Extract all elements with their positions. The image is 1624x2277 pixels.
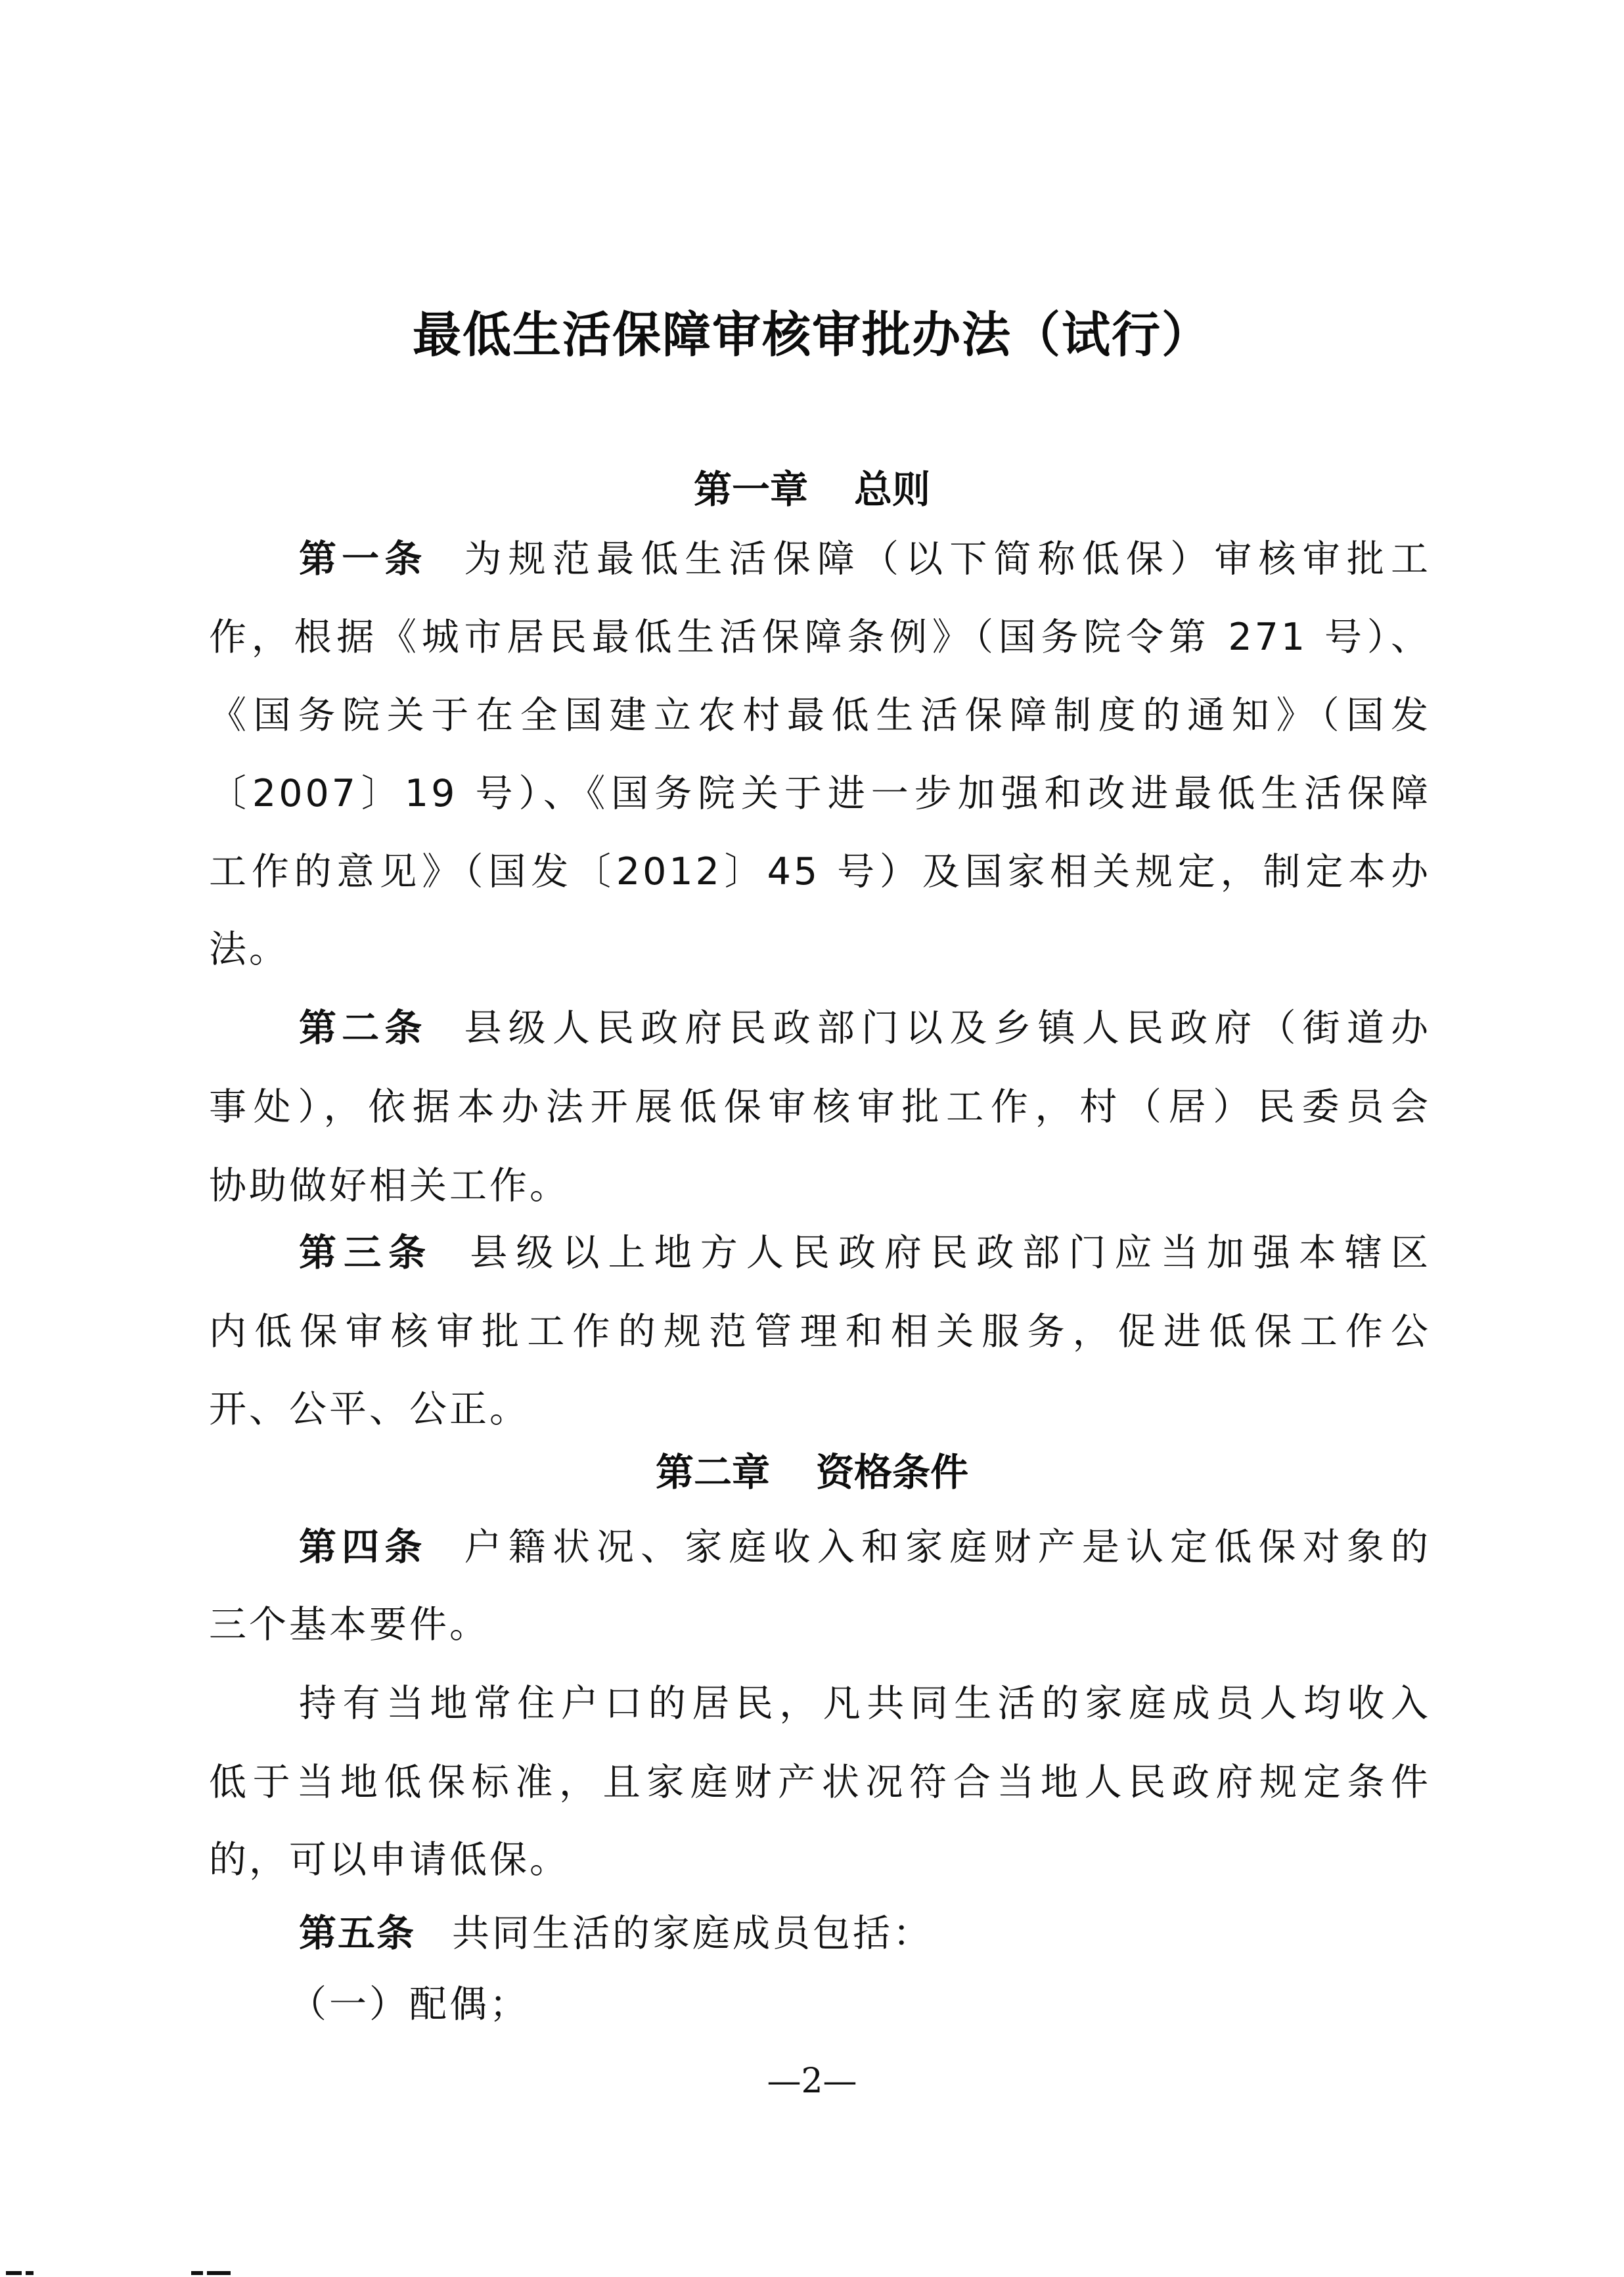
article-text: 户籍状况、家庭收入和家庭财产是认定低保对象的 [464, 1525, 1432, 1569]
page-number: —2— [0, 2058, 1624, 2104]
article-text: 县级以上地方人民政府民政部门应当加强本辖区 [470, 1231, 1431, 1274]
article-1-line-1: 第一条为规范最低生活保障（以下简称低保）审核审批工 [299, 530, 1431, 589]
article-3-line-1: 第三条县级以上地方人民政府民政部门应当加强本辖区 [299, 1223, 1431, 1282]
article-label: 第一条 [299, 537, 428, 581]
chapter-heading-2: 第二章资格条件 [0, 1443, 1624, 1502]
article-2-line-3: 协助做好相关工作。 [209, 1156, 1431, 1215]
scan-artifact [191, 2271, 203, 2275]
scan-artifact [26, 2271, 34, 2275]
article-3-line-2: 内低保审核审批工作的规范管理和相关服务，促进低保工作公 [209, 1302, 1431, 1361]
article-1-line-2: 作，根据《城市居民最低生活保障条例》（国务院令第 271 号）、 [209, 608, 1431, 667]
article-4-para2-line-1: 持有当地常住户口的居民，凡共同生活的家庭成员人均收入 [299, 1674, 1431, 1733]
document-title: 最低生活保障审核审批办法（试行） [0, 299, 1624, 371]
article-1-line-4: 〔2007〕19 号）、《国务院关于进一步加强和改进最低生活保障 [209, 764, 1431, 823]
article-2-line-1: 第二条县级人民政府民政部门以及乡镇人民政府（街道办 [299, 999, 1431, 1058]
article-1-line-3: 《国务院关于在全国建立农村最低生活保障制度的通知》（国发 [209, 686, 1431, 745]
article-1-line-5: 工作的意见》（国发〔2012〕45 号）及国家相关规定，制定本办 [209, 842, 1431, 901]
chapter-label: 第二章 [656, 1450, 770, 1495]
scan-artifact [207, 2271, 231, 2275]
article-text: 县级人民政府民政部门以及乡镇人民政府（街道办 [464, 1006, 1432, 1050]
article-label: 第二条 [299, 1006, 428, 1050]
article-4-para2-line-2: 低于当地低保标准，且家庭财产状况符合当地人民政府规定条件 [209, 1753, 1431, 1812]
document-page: 最低生活保障审核审批办法（试行） 第一章总则 第一条为规范最低生活保障（以下简称… [0, 0, 1624, 2277]
article-label: 第三条 [299, 1230, 433, 1274]
article-label: 第五条 [299, 1911, 415, 1955]
article-3-line-3: 开、公平、公正。 [209, 1380, 1431, 1439]
scan-artifact [6, 2271, 22, 2275]
chapter-heading-1: 第一章总则 [0, 460, 1624, 519]
article-text: 为规范最低生活保障（以下简称低保）审核审批工 [464, 537, 1432, 581]
article-text: 共同生活的家庭成员包括： [452, 1912, 933, 1955]
article-5-item-1: （一）配偶； [289, 1975, 1511, 2034]
article-4-line-1: 第四条户籍状况、家庭收入和家庭财产是认定低保对象的 [299, 1518, 1431, 1577]
article-2-line-2: 事处），依据本办法开展低保审核审批工作，村（居）民委员会 [209, 1077, 1431, 1137]
article-label: 第四条 [299, 1525, 428, 1569]
article-5-line-1: 第五条共同生活的家庭成员包括： [299, 1904, 1431, 1963]
article-1-line-6: 法。 [209, 920, 1431, 979]
article-4-para2-line-3: 的，可以申请低保。 [209, 1830, 1431, 1889]
chapter-label: 第一章 [694, 467, 808, 512]
article-4-line-2: 三个基本要件。 [209, 1595, 1431, 1654]
chapter-name: 资格条件 [816, 1450, 968, 1495]
chapter-name: 总则 [854, 467, 930, 512]
